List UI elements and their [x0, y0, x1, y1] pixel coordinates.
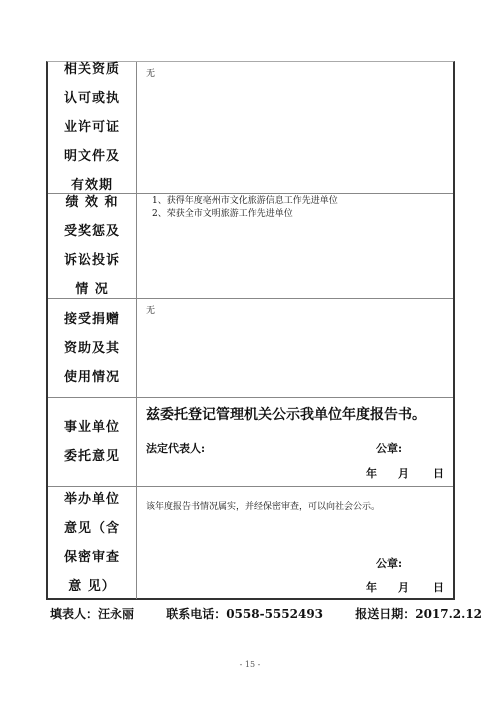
label-line: 事业单位 [64, 413, 120, 442]
label-line: 资助及其 [64, 334, 120, 363]
row-label: 接受捐赠 资助及其 使用情况 [48, 299, 137, 397]
award-item: 1、获得年度亳州市文化旅游信息工作先进单位 [152, 195, 443, 208]
label-line: 明文件及 [64, 142, 120, 171]
page-number: - 15 - [0, 660, 500, 669]
date-month-label: 月 [398, 579, 409, 595]
seal-label: 公章: [376, 555, 402, 571]
row-qualifications: 相关资质 认可或执 业许可证 明文件及 有效期 无 [48, 62, 453, 194]
contact-phone: 联系电话：0558-5552493 [166, 607, 323, 621]
award-item: 2、荣获全市文明旅游工作先进单位 [152, 208, 443, 221]
label-line: 受奖惩及 [64, 217, 120, 246]
row-content: 1、获得年度亳州市文化旅游信息工作先进单位 2、荣获全市文明旅游工作先进单位 [136, 194, 453, 298]
label-line: 诉讼投诉 [64, 246, 120, 275]
row-content: 该年度报告书情况属实，并经保密审查，可以向社会公示。 公章: 年 月 日 [136, 487, 453, 599]
seal-label: 公章: [376, 440, 402, 456]
label-line: 相关资质 [64, 55, 120, 84]
row-label: 绩 效 和 受奖惩及 诉讼投诉 情 况 [48, 194, 137, 298]
date-year-label: 年 [366, 579, 377, 595]
label-line: 接受捐赠 [64, 305, 120, 334]
row-donations: 接受捐赠 资助及其 使用情况 无 [48, 299, 453, 398]
content-text: 无 [146, 68, 443, 81]
form-footer: 填表人：汪永丽 联系电话：0558-5552493 报送日期：2017.2.12 [50, 605, 500, 622]
entrust-statement: 兹委托登记管理机关公示我单位年度报告书。 [146, 404, 426, 424]
label-line: 绩 效 和 [65, 188, 118, 217]
date-year-label: 年 [366, 465, 377, 481]
row-content: 无 [136, 62, 453, 193]
content-text: 无 [146, 305, 443, 318]
legal-representative-label: 法定代表人: [146, 440, 205, 456]
row-entrust-opinion: 事业单位 委托意见 兹委托登记管理机关公示我单位年度报告书。 法定代表人: 公章… [48, 398, 453, 487]
row-content: 无 [136, 299, 453, 397]
label-line: 使用情况 [64, 363, 120, 392]
label-line: 认可或执 [64, 84, 120, 113]
annual-report-table: 相关资质 认可或执 业许可证 明文件及 有效期 无 绩 效 和 受奖惩及 诉讼投… [46, 61, 455, 600]
sponsor-statement: 该年度报告书情况属实，并经保密审查，可以向社会公示。 [146, 501, 380, 514]
filler-name: 填表人：汪永丽 [50, 607, 134, 621]
label-line: 保密审查 [64, 543, 120, 572]
date-day-label: 日 [433, 579, 444, 595]
label-line: 意 见） [68, 572, 116, 601]
row-performance-awards: 绩 效 和 受奖惩及 诉讼投诉 情 况 1、获得年度亳州市文化旅游信息工作先进单… [48, 194, 453, 299]
row-content: 兹委托登记管理机关公示我单位年度报告书。 法定代表人: 公章: 年 月 日 [136, 398, 453, 486]
label-line: 委托意见 [64, 442, 120, 471]
row-label: 事业单位 委托意见 [48, 398, 137, 486]
row-label: 相关资质 认可或执 业许可证 明文件及 有效期 [48, 62, 137, 193]
row-label: 举办单位 意见（含 保密审查 意 见） [48, 487, 137, 599]
date-month-label: 月 [398, 465, 409, 481]
label-line: 业许可证 [64, 113, 120, 142]
submission-date: 报送日期：2017.2.12 [355, 607, 482, 621]
date-day-label: 日 [433, 465, 444, 481]
label-line: 意见（含 [64, 514, 120, 543]
label-line: 举办单位 [64, 485, 120, 514]
row-sponsor-opinion: 举办单位 意见（含 保密审查 意 见） 该年度报告书情况属实，并经保密审查，可以… [48, 487, 453, 599]
